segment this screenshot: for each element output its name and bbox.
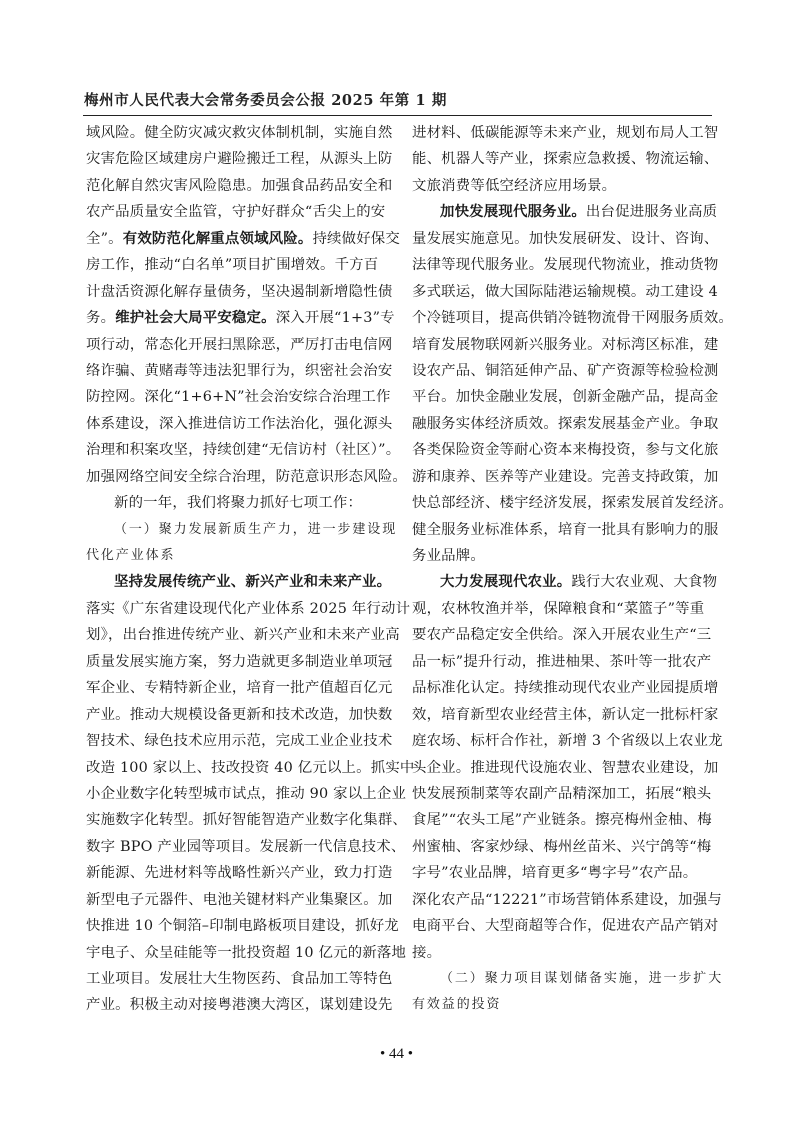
text-line: 量发展实施意见。加快发展研发、设计、咨询、 xyxy=(412,226,710,252)
header-rule xyxy=(83,115,712,116)
text-segment: 新型电子元器件、电池关键材料产业集聚区。加 xyxy=(86,892,392,908)
text-segment: 能、机器人等产业，探索应急救援、物流运输、 xyxy=(412,151,718,167)
text-segment: 践行大农业观、大食物 xyxy=(571,574,717,590)
text-segment: 快推进 10 个铜箔–印制电路板项目建设，抓好龙 xyxy=(86,918,399,934)
text-segment: 小企业数字化转型城市试点，推动 90 家以上企业 xyxy=(86,786,406,802)
text-line: 电商平台、大型商超等合作，促进农产品产销对 xyxy=(412,913,710,939)
text-segment: 食尾”“农头工尾”产业链条。擦亮梅州金柚、梅 xyxy=(412,812,712,828)
text-segment: 深入开展“1+3”专 xyxy=(276,310,395,326)
text-line: 头企业。推进现代设施农业、智慧农业建设，加 xyxy=(412,755,710,781)
text-line: 进材料、低碳能源等未来产业，规划布局人工智 xyxy=(412,120,710,146)
text-segment: 代化产业体系 xyxy=(86,548,175,563)
text-line: 各类保险资金等耐心资本来梅投资，参与文化旅 xyxy=(412,437,710,463)
text-line: 法律等现代服务业。发展现代物流业，推动货物 xyxy=(412,252,710,278)
text-line: 小企业数字化转型城市试点，推动 90 家以上企业 xyxy=(86,781,384,807)
text-line: 宇电子、众呈硅能等一批投资超 10 亿元的新落地 xyxy=(86,940,384,966)
text-segment: 划》，出台推进传统产业、新兴产业和未来产业高 xyxy=(86,627,400,643)
text-line: 设农产品、铜箔延伸产品、矿产资源等检验检测 xyxy=(412,358,710,384)
text-segment: 质量发展实施方案，努力造就更多制造业单项冠 xyxy=(86,654,392,670)
text-segment: 培育发展物联网新兴服务业。对标湾区标准，建 xyxy=(412,337,718,353)
text-line: 新的一年，我们将聚力抓好七项工作： xyxy=(86,490,384,516)
text-segment: 计盘活资源化解存量债务，坚决遏制新增隐性债 xyxy=(86,284,392,300)
text-segment: 出台促进服务业高质 xyxy=(586,204,717,220)
text-segment: 务。 xyxy=(86,310,115,326)
text-segment: 设农产品、铜箔延伸产品、矿产资源等检验检测 xyxy=(412,363,718,379)
text-segment: 量发展实施意见。加快发展研发、设计、咨询、 xyxy=(412,231,718,247)
text-segment: （一）聚力发展新质生产力，进一步建设现 xyxy=(114,522,397,537)
text-line: 接。 xyxy=(412,940,710,966)
text-segment: 快发展预制菜等农副产品精深加工，拓展“粮头 xyxy=(412,786,711,802)
text-line: 加强网络空间安全综合治理，防范意识形态风险。 xyxy=(86,464,384,490)
text-segment: 房工作，推动“白名单”项目扩围增效。千方百 xyxy=(86,257,378,273)
text-line: 防控网。深化“1+6+N”社会治安综合治理工作 xyxy=(86,384,384,410)
text-line: 效，培育新型农业经营主体，新认定一批标杆家 xyxy=(412,702,710,728)
text-segment: 新能源、先进材料等战略性新兴产业，致力打造 xyxy=(86,865,392,881)
text-segment: 健全服务业标准体系，培育一批具有影响力的服 xyxy=(412,522,718,538)
text-segment: 快总部经济、楼宇经济发展，探索发展首发经济。 xyxy=(412,495,733,511)
text-line: 快发展预制菜等农副产品精深加工，拓展“粮头 xyxy=(412,781,710,807)
text-line: 灾害危险区域建房户避险搬迁工程，从源头上防 xyxy=(86,146,384,172)
text-line: 州蜜柚、客家炒绿、梅州丝苗米、兴宁鸽等“梅 xyxy=(412,834,710,860)
text-segment: 智技术、绿色技术应用示范，完成工业企业技术 xyxy=(86,733,392,749)
text-segment: 效，培育新型农业经营主体，新认定一批标杆家 xyxy=(412,707,718,723)
bold-lead-phrase: 加快发展现代服务业。 xyxy=(440,203,586,220)
text-line: 加快发展现代服务业。出台促进服务业高质 xyxy=(412,199,710,225)
text-line: 工业项目。发展壮大生物医药、食品加工等特色 xyxy=(86,966,384,992)
text-segment: 观，农林牧渔并举，保障粮食和“菜篮子”等重 xyxy=(412,601,704,617)
section-heading-line: 代化产业体系 xyxy=(86,543,384,569)
text-line: 全”。有效防范化解重点领域风险。持续做好保交 xyxy=(86,226,384,252)
text-line: 治理和积案攻坚，持续创建“无信访村（社区）”。 xyxy=(86,437,384,463)
text-segment: 持续做好保交 xyxy=(312,231,400,247)
text-segment: 络诈骗、黄赌毒等违法犯罪行为，织密社会治安 xyxy=(86,363,392,379)
text-segment: 平台。加快金融业发展，创新金融产品，提高金 xyxy=(412,389,718,405)
text-line: 健全服务业标准体系，培育一批具有影响力的服 xyxy=(412,517,710,543)
text-segment: 接。 xyxy=(412,945,441,961)
section-heading-line: 有效益的投资 xyxy=(412,992,710,1018)
text-segment: 品标准化认定。持续推动现代农业产业园提质增 xyxy=(412,680,718,696)
text-line: 军企业、专精特新企业，培育一批产值超百亿元 xyxy=(86,675,384,701)
text-line: 个冷链项目，提高供销冷链物流骨干网服务质效。 xyxy=(412,305,710,331)
bold-lead-phrase: 大力发展现代农业。 xyxy=(440,573,571,590)
text-segment: 域风险。健全防灾减灾救灾体制机制，实施自然 xyxy=(86,125,392,141)
text-segment: 实施数字化转型。抓好智能智造产业数字化集群、 xyxy=(86,812,407,828)
text-line: 范化解自然灾害风险隐患。加强食品药品安全和 xyxy=(86,173,384,199)
text-segment: 体系建设，深入推进信访工作法治化，强化源头 xyxy=(86,416,392,432)
text-segment: 庭农场、标杆合作社，新增 3 个省级以上农业龙 xyxy=(412,733,723,749)
text-segment: 农产品质量安全监管，守护好群众“舌尖上的安 xyxy=(86,204,385,220)
text-segment: （二）聚力项目谋划储备实施，进一步扩大 xyxy=(440,971,723,986)
text-segment: 落实《广东省建设现代化产业体系 2025 年行动计 xyxy=(86,601,410,617)
text-line: 农产品质量安全监管，守护好群众“舌尖上的安 xyxy=(86,199,384,225)
text-segment: 电商平台、大型商超等合作，促进农产品产销对 xyxy=(412,918,718,934)
text-line: 房工作，推动“白名单”项目扩围增效。千方百 xyxy=(86,252,384,278)
text-segment: 治理和积案攻坚，持续创建“无信访村（社区）”。 xyxy=(86,442,400,458)
text-line: 络诈骗、黄赌毒等违法犯罪行为，织密社会治安 xyxy=(86,358,384,384)
text-segment: 产业。积极主动对接粤港澳大湾区，谋划建设先 xyxy=(86,997,392,1013)
text-line: 品标准化认定。持续推动现代农业产业园提质增 xyxy=(412,675,710,701)
text-segment: 要农产品稳定安全供给。深入开展农业生产“三 xyxy=(412,627,711,643)
text-line: 游和康养、医养等产业建设。完善支持政策，加 xyxy=(412,464,710,490)
text-segment: 宇电子、众呈硅能等一批投资超 10 亿元的新落地 xyxy=(86,945,406,961)
text-line: 融服务实体经济质效。探索发展基金产业。争取 xyxy=(412,411,710,437)
text-line: 庭农场、标杆合作社，新增 3 个省级以上农业龙 xyxy=(412,728,710,754)
text-line: 产业。积极主动对接粤港澳大湾区，谋划建设先 xyxy=(86,992,384,1018)
text-segment: 项行动，常态化开展扫黑除恶，严厉打击电信网 xyxy=(86,337,392,353)
running-header: 梅州市人民代表大会常务委员会公报 2025 年第 1 期 xyxy=(84,92,712,110)
right-column: 进材料、低碳能源等未来产业，规划布局人工智能、机器人等产业，探索应急救援、物流运… xyxy=(412,120,710,1019)
text-segment: 州蜜柚、客家炒绿、梅州丝苗米、兴宁鸽等“梅 xyxy=(412,839,711,855)
section-heading-line: （一）聚力发展新质生产力，进一步建设现 xyxy=(86,517,384,543)
text-segment: 进材料、低碳能源等未来产业，规划布局人工智 xyxy=(412,125,718,141)
text-line: 品一标”提升行动，推进柚果、茶叶等一批农产 xyxy=(412,649,710,675)
text-line: 观，农林牧渔并举，保障粮食和“菜篮子”等重 xyxy=(412,596,710,622)
text-segment: 防控网。深化“1+6+N”社会治安综合治理工作 xyxy=(86,389,391,405)
text-segment: 头企业。推进现代设施农业、智慧农业建设，加 xyxy=(412,760,718,776)
text-line: 要农产品稳定安全供给。深入开展农业生产“三 xyxy=(412,622,710,648)
bold-lead-phrase: 有效防范化解重点领域风险。 xyxy=(123,230,313,247)
text-segment: 有效益的投资 xyxy=(412,997,501,1012)
text-line: 落实《广东省建设现代化产业体系 2025 年行动计 xyxy=(86,596,384,622)
text-segment: 多式联运，做大国际陆港运输规模。动工建设 4 xyxy=(412,284,718,300)
section-heading-line: （二）聚力项目谋划储备实施，进一步扩大 xyxy=(412,966,710,992)
text-segment: 改造 100 家以上、技改投资 40 亿元以上。抓实中 xyxy=(86,760,415,776)
text-line: 质量发展实施方案，努力造就更多制造业单项冠 xyxy=(86,649,384,675)
text-line: 新型电子元器件、电池关键材料产业集聚区。加 xyxy=(86,887,384,913)
left-column: 域风险。健全防灾减灾救灾体制机制，实施自然灾害危险区域建房户避险搬迁工程，从源头… xyxy=(86,120,384,1019)
text-segment: 全”。 xyxy=(86,231,123,247)
text-segment: 个冷链项目，提高供销冷链物流骨干网服务质效。 xyxy=(412,310,733,326)
text-line: 快总部经济、楼宇经济发展，探索发展首发经济。 xyxy=(412,490,710,516)
text-line: 字号”农业品牌，培育更多“粤字号”农产品。 xyxy=(412,860,710,886)
text-segment: 游和康养、医养等产业建设。完善支持政策，加 xyxy=(412,469,718,485)
text-segment: 务业品牌。 xyxy=(412,548,485,564)
text-line: 坚持发展传统产业、新兴产业和未来产业。 xyxy=(86,569,384,595)
text-line: 体系建设，深入推进信访工作法治化，强化源头 xyxy=(86,411,384,437)
text-line: 培育发展物联网新兴服务业。对标湾区标准，建 xyxy=(412,332,710,358)
text-line: 实施数字化转型。抓好智能智造产业数字化集群、 xyxy=(86,807,384,833)
text-line: 数字 BPO 产业园等项目。发展新一代信息技术、 xyxy=(86,834,384,860)
text-line: 大力发展现代农业。践行大农业观、大食物 xyxy=(412,569,710,595)
text-segment: 深化农产品“12221”市场营销体系建设，加强与 xyxy=(412,892,722,908)
text-line: 新能源、先进材料等战略性新兴产业，致力打造 xyxy=(86,860,384,886)
text-segment: 品一标”提升行动，推进柚果、茶叶等一批农产 xyxy=(412,654,711,670)
text-segment: 文旅消费等低空经济应用场景。 xyxy=(412,178,616,194)
text-segment: 字号”农业品牌，培育更多“粤字号”农产品。 xyxy=(412,865,697,881)
text-segment: 各类保险资金等耐心资本来梅投资，参与文化旅 xyxy=(412,442,718,458)
text-line: 能、机器人等产业，探索应急救援、物流运输、 xyxy=(412,146,710,172)
text-segment: 范化解自然灾害风险隐患。加强食品药品安全和 xyxy=(86,178,392,194)
page-number: • 44 • xyxy=(0,1046,793,1063)
text-line: 务业品牌。 xyxy=(412,543,710,569)
text-line: 文旅消费等低空经济应用场景。 xyxy=(412,173,710,199)
text-segment: 融服务实体经济质效。探索发展基金产业。争取 xyxy=(412,416,718,432)
bold-lead-phrase: 维护社会大局平安稳定。 xyxy=(115,309,276,326)
text-line: 务。维护社会大局平安稳定。深入开展“1+3”专 xyxy=(86,305,384,331)
text-line: 智技术、绿色技术应用示范，完成工业企业技术 xyxy=(86,728,384,754)
bold-lead-phrase: 坚持发展传统产业、新兴产业和未来产业。 xyxy=(114,573,391,590)
text-line: 项行动，常态化开展扫黑除恶，严厉打击电信网 xyxy=(86,332,384,358)
text-line: 深化农产品“12221”市场营销体系建设，加强与 xyxy=(412,887,710,913)
text-line: 改造 100 家以上、技改投资 40 亿元以上。抓实中 xyxy=(86,755,384,781)
text-segment: 新的一年，我们将聚力抓好七项工作： xyxy=(114,495,362,511)
text-line: 多式联运，做大国际陆港运输规模。动工建设 4 xyxy=(412,279,710,305)
text-line: 食尾”“农头工尾”产业链条。擦亮梅州金柚、梅 xyxy=(412,807,710,833)
text-segment: 数字 BPO 产业园等项目。发展新一代信息技术、 xyxy=(86,839,405,855)
text-line: 产业。推动大规模设备更新和技术改造，加快数 xyxy=(86,702,384,728)
text-line: 域风险。健全防灾减灾救灾体制机制，实施自然 xyxy=(86,120,384,146)
text-segment: 法律等现代服务业。发展现代物流业，推动货物 xyxy=(412,257,718,273)
text-segment: 工业项目。发展壮大生物医药、食品加工等特色 xyxy=(86,971,392,987)
text-segment: 灾害危险区域建房户避险搬迁工程，从源头上防 xyxy=(86,151,392,167)
text-line: 计盘活资源化解存量债务，坚决遏制新增隐性债 xyxy=(86,279,384,305)
text-line: 快推进 10 个铜箔–印制电路板项目建设，抓好龙 xyxy=(86,913,384,939)
text-segment: 军企业、专精特新企业，培育一批产值超百亿元 xyxy=(86,680,392,696)
text-segment: 加强网络空间安全综合治理，防范意识形态风险。 xyxy=(86,469,407,485)
text-line: 平台。加快金融业发展，创新金融产品，提高金 xyxy=(412,384,710,410)
text-line: 划》，出台推进传统产业、新兴产业和未来产业高 xyxy=(86,622,384,648)
text-segment: 产业。推动大规模设备更新和技术改造，加快数 xyxy=(86,707,392,723)
